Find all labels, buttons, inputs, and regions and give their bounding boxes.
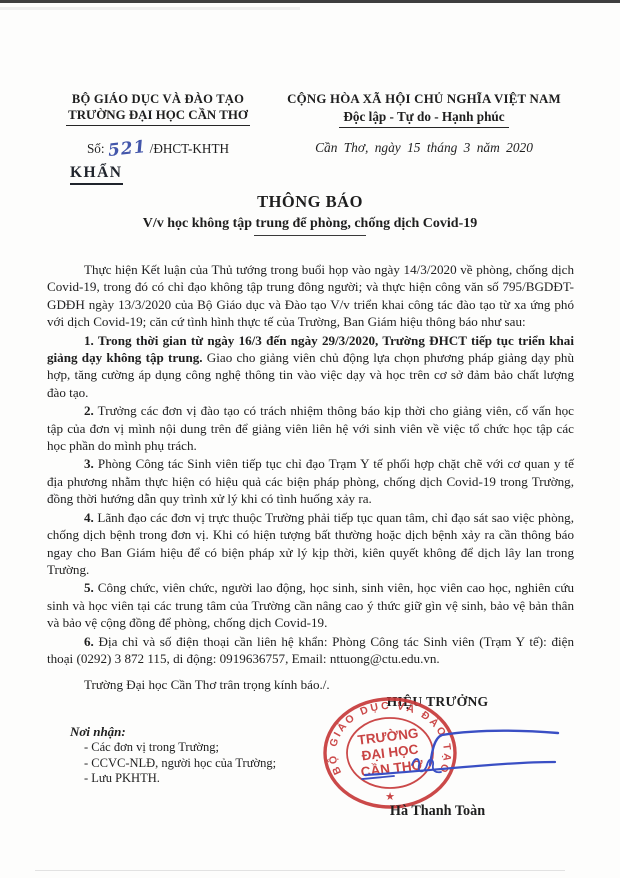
intro-text: Thực hiện Kết luận của Thủ tướng trong b… xyxy=(47,262,574,329)
subject-underline xyxy=(254,235,366,236)
item-6-text: Địa chỉ và số điện thoại cần liên hệ khẩ… xyxy=(47,634,574,666)
signature-ink-icon xyxy=(360,720,570,790)
document-number: Số: 521 /ĐHCT-KHTH xyxy=(52,138,264,158)
document-title: THÔNG BÁO xyxy=(0,192,620,212)
national-header-block: CỘNG HÒA XÃ HỘI CHỦ NGHĨA VIỆT NAM Độc l… xyxy=(268,92,580,156)
ministry-name: BỘ GIÁO DỤC VÀ ĐÀO TẠO xyxy=(52,92,264,107)
issuing-agency-block: BỘ GIÁO DỤC VÀ ĐÀO TẠO TRƯỜNG ĐẠI HỌC CẦ… xyxy=(52,92,264,158)
national-motto: Độc lập - Tự do - Hạnh phúc xyxy=(268,109,580,128)
item-5-paragraph: 5. Công chức, viên chức, người lao động,… xyxy=(47,579,574,631)
number-label: Số: xyxy=(87,141,105,156)
item-2-paragraph: 2. Trưởng các đơn vị đào tạo có trách nh… xyxy=(47,402,574,454)
document-subject: V/v học không tập trung để phòng, chống … xyxy=(0,216,620,232)
item-2-text: Trưởng các đơn vị đào tạo có trách nhiệm… xyxy=(47,403,574,453)
item-5-lead: 5. xyxy=(84,580,94,595)
number-handwritten-value: 521 xyxy=(107,137,147,161)
recipient-item: - Lưu PKHTH. xyxy=(84,771,276,787)
closing-paragraph: Trường Đại học Cần Thơ trân trọng kính b… xyxy=(47,676,574,693)
scan-artifact-smudge xyxy=(0,7,300,10)
scan-artifact-top-edge xyxy=(0,0,620,3)
intro-paragraph: Thực hiện Kết luận của Thủ tướng trong b… xyxy=(47,261,574,331)
item-3-paragraph: 3. Phòng Công tác Sinh viên tiếp tục chỉ… xyxy=(47,455,574,507)
scan-artifact-bottom-edge xyxy=(35,870,565,871)
urgent-label: KHẨN xyxy=(70,164,123,185)
item-4-paragraph: 4. Lãnh đạo các đơn vị trực thuộc Trường… xyxy=(47,509,574,579)
stamp-star-icon: ★ xyxy=(385,791,395,803)
item-6-paragraph: 6. Địa chỉ và số điện thoại cần liên hệ … xyxy=(47,633,574,668)
item-1-paragraph: 1. Trong thời gian từ ngày 16/3 đến ngày… xyxy=(47,332,574,402)
item-4-text: Lãnh đạo các đơn vị trực thuộc Trường ph… xyxy=(47,510,574,577)
signer-name: Hà Thanh Toàn xyxy=(340,803,535,820)
recipients-block: Nơi nhận: - Các đơn vị trong Trường; - C… xyxy=(70,724,276,787)
national-motto-text: Độc lập - Tự do - Hạnh phúc xyxy=(339,109,508,128)
document-page: BỘ GIÁO DỤC VÀ ĐÀO TẠO TRƯỜNG ĐẠI HỌC CẦ… xyxy=(0,0,620,878)
title-block: THÔNG BÁO V/v học không tập trung để phò… xyxy=(0,192,620,236)
country-name: CỘNG HÒA XÃ HỘI CHỦ NGHĨA VIỆT NAM xyxy=(268,92,580,107)
item-5-text: Công chức, viên chức, người lao động, họ… xyxy=(47,580,574,630)
university-name: TRƯỜNG ĐẠI HỌC CẦN THƠ xyxy=(52,108,264,126)
number-suffix: /ĐHCT-KHTH xyxy=(150,141,229,156)
recipient-item: - CCVC-NLĐ, người học của Trường; xyxy=(84,756,276,772)
university-name-text: TRƯỜNG ĐẠI HỌC CẦN THƠ xyxy=(66,108,250,126)
item-3-lead: 3. xyxy=(84,456,94,471)
item-6-lead: 6. xyxy=(84,634,94,649)
recipient-item: - Các đơn vị trong Trường; xyxy=(84,740,276,756)
item-3-text: Phòng Công tác Sinh viên tiếp tục chỉ đạ… xyxy=(47,456,574,506)
item-4-lead: 4. xyxy=(84,510,94,525)
urgent-label-text: KHẨN xyxy=(70,164,123,185)
document-body: Thực hiện Kết luận của Thủ tướng trong b… xyxy=(47,261,574,695)
recipients-label: Nơi nhận: xyxy=(70,724,276,740)
place-date-line: Cần Thơ, ngày 15 tháng 3 năm 2020 xyxy=(268,140,580,156)
item-2-lead: 2. xyxy=(84,403,94,418)
